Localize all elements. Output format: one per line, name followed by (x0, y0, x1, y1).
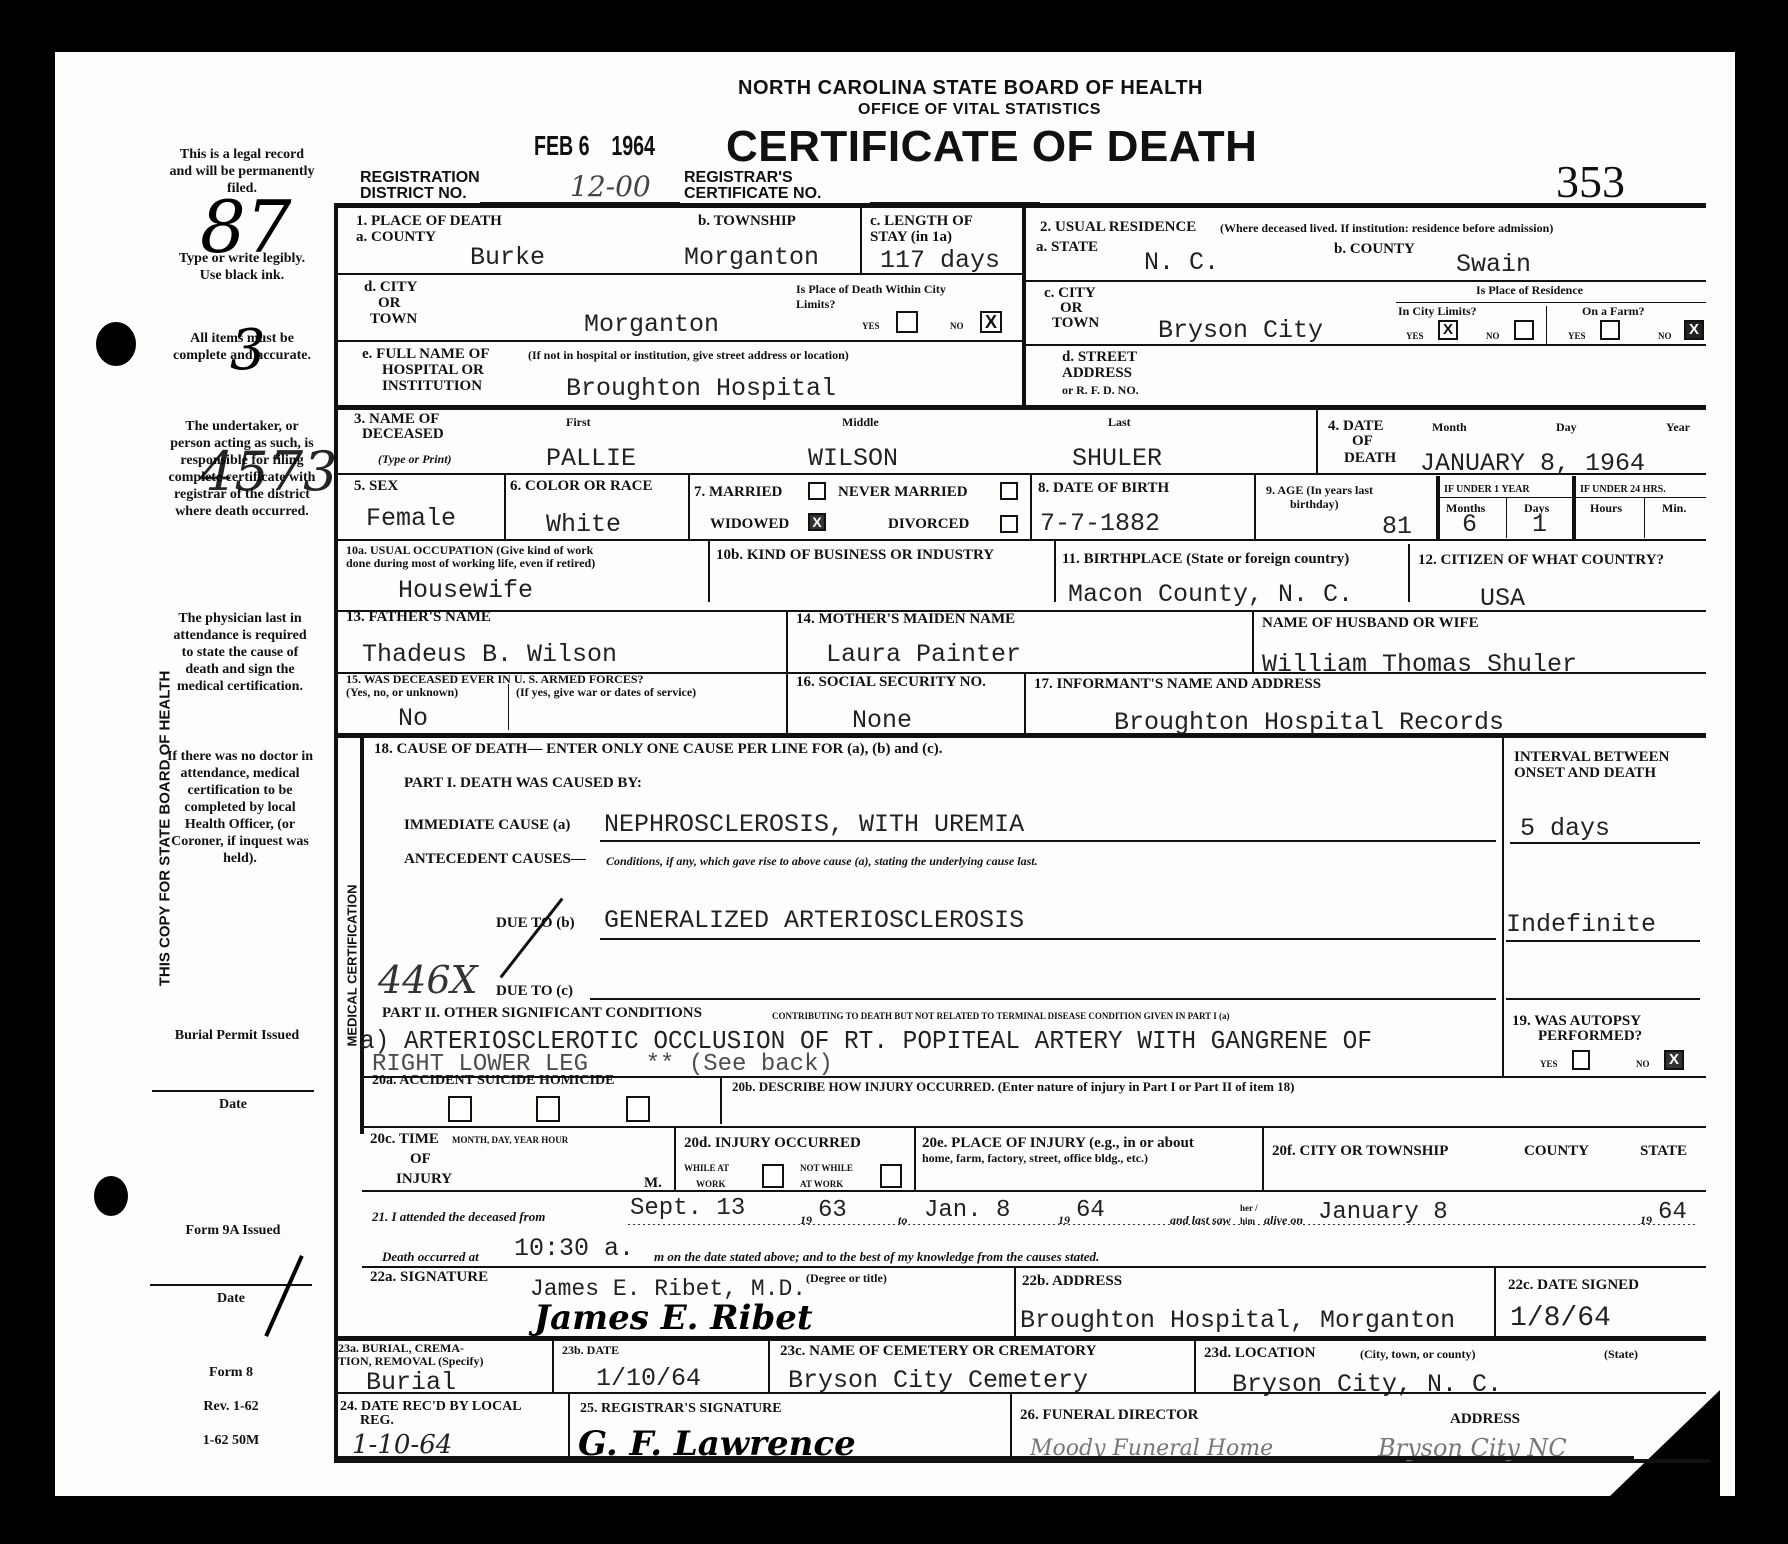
attended-label: 21. I attended the deceased from (372, 1210, 545, 1223)
rule-20a (362, 1126, 1706, 1128)
in-city-no-label: NO (1486, 330, 1500, 343)
cemetery-location-divider (1194, 1340, 1196, 1392)
name-label-3: (Type or Print) (378, 453, 452, 466)
medical-inner-border (360, 738, 364, 1134)
residence-city-label-1: c. CITY (1044, 286, 1096, 301)
received-stamp: FEB 6 1964 (534, 130, 655, 162)
length-of-stay-label-2: STAY (in 1a) (870, 230, 952, 245)
under-24-hours-label: IF UNDER 24 HRS. (1580, 483, 1666, 496)
code-annotation: 446X (378, 958, 478, 1002)
length-of-stay-value: 117 days (880, 248, 1000, 274)
place-of-injury-label-1: 20e. PLACE OF INJURY (e.g., in or about (922, 1136, 1194, 1151)
part-1-label: PART I. DEATH WAS CAUSED BY: (404, 776, 642, 791)
place-of-death-section-label: 1. PLACE OF DEATH (356, 214, 502, 229)
location-note: (City, town, or county) (1360, 1348, 1475, 1361)
place-of-residence-label: Is Place of Residence (1476, 284, 1583, 297)
hospital-label-note: (If not in hospital or institution, give… (528, 349, 849, 362)
hospital-label-3: INSTITUTION (382, 379, 482, 394)
hospital-label-2: HOSPITAL OR (382, 363, 484, 378)
on-farm-no-checkbox[interactable]: X (1684, 320, 1704, 340)
within-city-no-checkbox[interactable]: X (980, 311, 1002, 333)
in-city-no-checkbox[interactable] (1514, 320, 1534, 340)
middle-name-label: Middle (842, 416, 879, 429)
page-title: CERTIFICATE OF DEATH (726, 122, 1257, 172)
sex-label: 5. SEX (354, 479, 398, 494)
due-to-b-line (600, 938, 1496, 940)
section-1-2-divider (1022, 203, 1026, 405)
certificate-number: 353 (1556, 155, 1625, 208)
form-number: Form 8 (166, 1364, 296, 1381)
immediate-cause-line (600, 840, 1496, 842)
immediate-cause-value: NEPHROSCLEROSIS, WITH UREMIA (604, 812, 1024, 838)
last-saw-year-value: 64 (1658, 1200, 1687, 1226)
never-married-label: NEVER MARRIED (838, 485, 968, 500)
alive-on-label: alive on (1264, 1214, 1303, 1227)
dob-label: 8. DATE OF BIRTH (1038, 481, 1169, 496)
married-checkbox[interactable] (808, 482, 826, 500)
form-9a-label: Form 9A Issued (152, 1222, 314, 1239)
mother-spouse-divider (1252, 610, 1254, 672)
injury-state-label: STATE (1640, 1144, 1687, 1159)
autopsy-no-label: NO (1636, 1058, 1650, 1071)
rule-1a (334, 273, 1024, 275)
armed-forces-label-3: (If yes, give war or dates of service) (516, 686, 696, 699)
middle-name-value: WILSON (808, 446, 898, 472)
dob-age-divider (1254, 474, 1256, 540)
note-no-doctor: If there was no doctor in attendance, me… (166, 748, 314, 867)
note-write: Type or write legibly. Use black ink. (168, 250, 316, 284)
rule-5 (334, 539, 1706, 541)
last-saw-year-prefix: 19 (1640, 1214, 1652, 1227)
divorced-checkbox[interactable] (1000, 515, 1018, 533)
industry-birthplace-divider (1054, 540, 1056, 602)
registrar-funeral-divider (1010, 1394, 1012, 1458)
interval-label-1: INTERVAL BETWEEN (1514, 750, 1670, 765)
mother-label: 14. MOTHER'S MAIDEN NAME (796, 612, 1015, 627)
location-label: 23d. LOCATION (1204, 1346, 1315, 1361)
physician-address-label: 22b. ADDRESS (1022, 1274, 1122, 1289)
age-label-1: 9. AGE (In years last (1266, 484, 1373, 497)
rule-3 (334, 473, 1706, 475)
last-name-value: SHULER (1072, 446, 1162, 472)
hospital-value: Broughton Hospital (566, 376, 836, 402)
accident-describe-divider (720, 1078, 722, 1124)
street-label-2: ADDRESS (1062, 366, 1132, 381)
marital-dob-divider (1030, 474, 1032, 540)
first-name-value: PALLIE (546, 446, 636, 472)
time-of-injury-m-label: M. (644, 1176, 662, 1191)
months-days-divider (1506, 498, 1507, 538)
rule-2c (1024, 344, 1706, 346)
date-registrar-divider (568, 1394, 570, 1458)
time-of-injury-mdy-label: MONTH, DAY, YEAR HOUR (452, 1134, 568, 1147)
registration-label-2: DISTRICT NO. (360, 185, 467, 203)
while-at-work-label-1: WHILE AT (684, 1162, 729, 1175)
punch-hole-top (96, 322, 136, 366)
physician-signature: James E. Ribet (534, 1298, 813, 1338)
due-to-b-interval-line (1506, 940, 1700, 942)
rule-disposition (334, 1336, 1706, 1341)
location-state-note: (State) (1604, 1348, 1638, 1361)
in-city-limits-label: In City Limits? (1398, 305, 1477, 318)
interval-label-2: ONSET AND DEATH (1514, 766, 1656, 781)
stay-divider (860, 208, 862, 274)
death-time-suffix: m on the date stated above; and to the b… (654, 1250, 1099, 1263)
time-injury-occurred-divider (674, 1128, 676, 1190)
on-farm-label: On a Farm? (1582, 305, 1645, 318)
industry-label: 10b. KIND OF BUSINESS OR INDUSTRY (716, 548, 994, 563)
residence-section-note: (Where deceased lived. If institution: r… (1220, 222, 1553, 235)
widowed-checkbox[interactable]: X (808, 513, 826, 531)
death-city-value: Morganton (584, 312, 719, 338)
time-of-injury-label-1: 20c. TIME (370, 1132, 439, 1147)
race-value: White (546, 512, 621, 538)
widowed-label: WIDOWED (710, 517, 789, 532)
rule-20c (362, 1190, 1706, 1192)
registrar-label-2: CERTIFICATE NO. (684, 185, 821, 203)
city-label-1: d. CITY (364, 280, 417, 295)
residence-city-label-2: OR (1060, 301, 1083, 316)
race-marital-divider (688, 474, 690, 540)
death-occurred-label: Death occurred at (382, 1250, 479, 1263)
rule-23 (334, 1392, 1706, 1394)
never-married-checkbox[interactable] (1000, 482, 1018, 500)
residence-county-value: Swain (1456, 252, 1531, 278)
residence-city-label-3: TOWN (1052, 316, 1099, 331)
dod-month-label: Month (1432, 421, 1467, 434)
date-received-label-1: 24. DATE REC'D BY LOCAL (340, 1400, 522, 1413)
address-date-divider (1494, 1268, 1496, 1338)
time-of-injury-label-2: OF (410, 1152, 431, 1167)
hours-label: Hours (1590, 502, 1622, 515)
form-revision: Rev. 1-62 (166, 1398, 296, 1415)
burial-permit-label: Burial Permit Issued (152, 1027, 322, 1044)
due-to-c-line (590, 998, 1496, 1000)
form-print-code: 1-62 50M (166, 1432, 296, 1449)
citizenship-value: USA (1480, 586, 1525, 612)
dod-year-label: Year (1666, 421, 1690, 434)
street-label-3: or R. F. D. NO. (1062, 384, 1139, 397)
age-value: 81 (1382, 514, 1412, 540)
father-value: Thadeus B. Wilson (362, 642, 617, 668)
dod-label-2: OF (1352, 434, 1373, 449)
signature-address-divider (1014, 1268, 1016, 1338)
county-label: a. COUNTY (356, 230, 436, 245)
occupation-value: Housewife (398, 578, 533, 604)
rule-under-sub (1436, 497, 1706, 498)
on-farm-yes-label: YES (1568, 330, 1586, 343)
attended-from-year-prefix: 19 (800, 1214, 812, 1227)
last-saw-date-value: January 8 (1318, 1200, 1448, 1226)
ssn-label: 16. SOCIAL SECURITY NO. (796, 675, 986, 690)
spouse-label: NAME OF HUSBAND OR WIFE (1262, 616, 1479, 631)
last-name-label: Last (1108, 416, 1131, 429)
cause-of-death-label: 18. CAUSE OF DEATH— ENTER ONLY ONE CAUSE… (374, 742, 943, 757)
top-rule (334, 203, 1706, 208)
within-city-yes-checkbox[interactable] (896, 311, 918, 333)
punch-hole-bottom (94, 1176, 128, 1216)
date-received-label-2: REG. (360, 1414, 394, 1427)
birthplace-value: Macon County, N. C. (1068, 582, 1353, 608)
township-label: b. TOWNSHIP (698, 214, 796, 229)
registrar-signature-label: 25. REGISTRAR'S SIGNATURE (580, 1402, 782, 1415)
city-label-2: OR (378, 296, 401, 311)
months-value: 6 (1462, 512, 1477, 538)
informant-label: 17. INFORMANT'S NAME AND ADDRESS (1034, 677, 1321, 692)
hours-min-divider (1644, 498, 1645, 538)
part-2-note: CONTRIBUTING TO DEATH BUT NOT RELATED TO… (772, 1010, 1229, 1023)
note-physician: The physician last in attendance is requ… (166, 610, 314, 695)
degree-label: (Degree or title) (806, 1272, 887, 1285)
immediate-interval-line (1510, 842, 1700, 844)
in-city-farm-divider (1546, 306, 1547, 344)
residence-city-value: Bryson City (1158, 318, 1323, 344)
residence-section-label: 2. USUAL RESIDENCE (1040, 220, 1196, 235)
rule-2c-sub (1396, 302, 1706, 303)
autopsy-label-1: 19. WAS AUTOPSY (1512, 1014, 1641, 1029)
mother-value: Laura Painter (826, 642, 1021, 668)
dod-label-1: 4. DATE (1328, 419, 1384, 434)
agency-name: NORTH CAROLINA STATE BOARD OF HEALTH (738, 77, 1203, 100)
date-signed-label: 22c. DATE SIGNED (1508, 1278, 1639, 1293)
last-saw-label: and last saw (1170, 1214, 1231, 1227)
place-city-divider (1262, 1128, 1264, 1190)
citizen-label: 12. CITIZEN OF WHAT COUNTRY? (1418, 553, 1664, 568)
death-time-value: 10:30 a. (514, 1236, 634, 1262)
dod-divider (1316, 408, 1318, 474)
rule-21 (362, 1266, 1706, 1268)
rule-medical (334, 733, 1706, 738)
within-city-label-1: Is Place of Death Within City (796, 283, 946, 296)
injury-city-label: 20f. CITY OR TOWNSHIP (1272, 1144, 1448, 1159)
attended-from-value: Sept. 13 (630, 1196, 745, 1222)
rule-2a (1024, 280, 1706, 282)
registration-district-value: 12-00 (570, 170, 651, 203)
place-of-injury-label-2: home, farm, factory, street, office bldg… (922, 1152, 1148, 1165)
autopsy-label-2: PERFORMED? (1538, 1029, 1642, 1044)
on-farm-yes-checkbox[interactable] (1600, 320, 1620, 340)
annotation-4573: 4573 (200, 440, 337, 503)
injury-county-label: COUNTY (1524, 1144, 1589, 1159)
divorced-label: DIVORCED (888, 517, 969, 532)
race-label: 6. COLOR OR RACE (510, 479, 653, 494)
not-while-at-work-label-1: NOT WHILE (800, 1162, 853, 1175)
date-signed-value: 1/8/64 (1510, 1306, 1611, 1332)
occupation-label-2: done during most of working life, even i… (346, 557, 595, 570)
first-name-label: First (566, 416, 591, 429)
immediate-interval-value: 5 days (1520, 816, 1610, 842)
due-to-b-value: GENERALIZED ARTERIOSCLEROSIS (604, 908, 1024, 934)
homicide-checkbox[interactable] (626, 1096, 650, 1122)
dod-day-label: Day (1556, 421, 1577, 434)
on-farm-no-label: NO (1658, 330, 1672, 343)
part-2-label: PART II. OTHER SIGNIFICANT CONDITIONS (382, 1006, 702, 1021)
location-value: Bryson City, N. C. (1232, 1372, 1502, 1398)
rule-1d (334, 340, 1024, 342)
accident-suicide-homicide-label: 20a. ACCIDENT SUICIDE HOMICIDE (372, 1074, 614, 1087)
name-label-1: 3. NAME OF (354, 412, 439, 427)
disposition-date-label: 23b. DATE (562, 1344, 619, 1357)
residence-state-label: a. STATE (1036, 240, 1098, 255)
due-to-c-label: DUE TO (c) (496, 984, 573, 999)
residence-county-label: b. COUNTY (1334, 242, 1415, 257)
accident-checkbox[interactable] (448, 1096, 472, 1122)
ssn-informant-divider (1024, 673, 1026, 733)
armed-forces-value: No (398, 706, 428, 732)
method-date-divider (552, 1340, 554, 1392)
sex-race-divider (504, 474, 506, 540)
annotation-3: 3 (230, 318, 266, 383)
funeral-director-label: 26. FUNERAL DIRECTOR (1020, 1408, 1199, 1423)
autopsy-yes-label: YES (1540, 1058, 1558, 1071)
disposition-method-label-2: TION, REMOVAL (Specify) (338, 1355, 483, 1368)
residence-state-value: N. C. (1144, 250, 1219, 276)
min-label: Min. (1662, 502, 1686, 515)
immediate-cause-label: IMMEDIATE CAUSE (a) (404, 818, 570, 833)
within-city-no-label: NO (950, 320, 964, 333)
due-to-b-interval-value: Indefinite (1506, 912, 1656, 938)
in-city-yes-label: YES (1406, 330, 1424, 343)
birthplace-label: 11. BIRTHPLACE (State or foreign country… (1062, 552, 1349, 567)
antecedent-causes-label: ANTECEDENT CAUSES— (404, 852, 586, 867)
death-county-value: Burke (470, 245, 545, 271)
hospital-label-1: e. FULL NAME OF (362, 347, 490, 362)
interval-divider (1502, 738, 1504, 1004)
bottom-rule (334, 1456, 1634, 1460)
physician-address-value: Broughton Hospital, Morganton (1020, 1308, 1455, 1334)
attended-to-year-prefix: 19 (1058, 1214, 1070, 1227)
occupation-industry-divider (708, 540, 710, 602)
office-name: OFFICE OF VITAL STATISTICS (858, 101, 1101, 119)
cemetery-value: Bryson City Cemetery (788, 1368, 1088, 1394)
cemetery-label: 23c. NAME OF CEMETERY OR CREMATORY (780, 1344, 1096, 1359)
attended-to-value: Jan. 8 (924, 1198, 1010, 1224)
sex-value: Female (366, 506, 456, 532)
not-while-at-work-checkbox[interactable] (880, 1164, 902, 1188)
autopsy-yes-checkbox[interactable] (1572, 1050, 1590, 1070)
days-value: 1 (1532, 512, 1547, 538)
city-label-3: TOWN (370, 312, 417, 327)
length-of-stay-label-1: c. LENGTH OF (870, 214, 973, 229)
under1-under24-divider (1572, 476, 1576, 540)
injury-occurred-label: 20d. INJURY OCCURRED (684, 1136, 861, 1151)
burial-permit-line (152, 1090, 314, 1092)
disposition-date-value: 1/10/64 (596, 1366, 701, 1392)
attended-to-year-value: 64 (1076, 1198, 1105, 1224)
within-city-label-2: Limits? (796, 298, 835, 311)
burial-permit-date-label: Date (152, 1096, 314, 1113)
armed-forces-label-2: (Yes, no, or unknown) (346, 686, 458, 699)
injury-place-divider (914, 1128, 916, 1190)
ssn-value: None (852, 708, 912, 734)
describe-injury-label: 20b. DESCRIBE HOW INJURY OCCURRED. (Ente… (732, 1080, 1295, 1093)
while-at-work-checkbox[interactable] (762, 1164, 784, 1188)
rule-section-3 (334, 405, 1706, 410)
within-city-yes-label: YES (862, 320, 880, 333)
street-label-1: d. STREET (1062, 350, 1137, 365)
death-township-value: Morganton (684, 245, 819, 271)
autopsy-divider (1502, 1004, 1504, 1076)
father-mother-divider (786, 610, 788, 672)
dod-label-3: DEATH (1344, 451, 1396, 466)
age-label-2: birthday) (1290, 498, 1339, 511)
married-label: 7. MARRIED (694, 485, 782, 500)
attended-dotted-line (628, 1224, 1698, 1225)
spouse-value: William Thomas Shuler (1262, 652, 1577, 678)
suicide-checkbox[interactable] (536, 1096, 560, 1122)
medical-certification-vertical-label: MEDICAL CERTIFICATION (345, 816, 360, 1116)
attended-from-year-value: 63 (818, 1198, 847, 1224)
signature-label: 22a. SIGNATURE (370, 1270, 488, 1285)
date-of-birth-value: 7-7-1882 (1040, 511, 1160, 537)
armed-ssn-divider (786, 673, 788, 733)
time-of-injury-label-3: INJURY (396, 1172, 452, 1187)
autopsy-no-checkbox[interactable]: X (1664, 1050, 1684, 1070)
antecedent-causes-note: Conditions, if any, which gave rise to a… (606, 855, 1038, 868)
to-label: to (898, 1214, 907, 1227)
under-1-year-label: IF UNDER 1 YEAR (1444, 483, 1530, 496)
age-under1-divider (1436, 476, 1440, 540)
date-cemetery-divider (768, 1340, 770, 1392)
name-label-2: DECEASED (362, 427, 444, 442)
father-label: 13. FATHER'S NAME (346, 610, 491, 625)
due-to-c-interval-line (1506, 998, 1700, 1000)
funeral-address-label: ADDRESS (1450, 1412, 1520, 1427)
armed-inner-divider (508, 684, 509, 730)
in-city-yes-checkbox[interactable]: X (1438, 320, 1458, 340)
birthplace-citizen-divider (1408, 544, 1410, 602)
rule-10 (334, 610, 1706, 612)
